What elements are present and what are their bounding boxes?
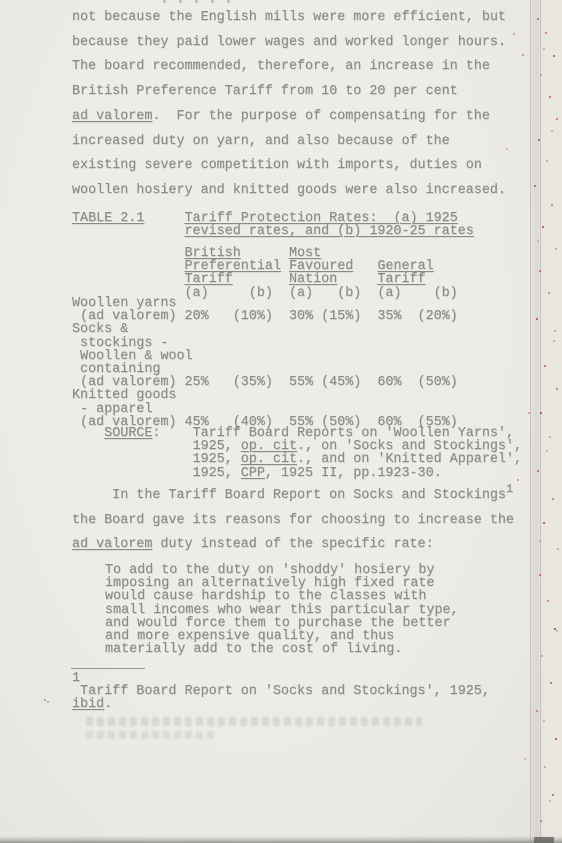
footnote: 1 Tariff Board Report on 'Socks and Stoc… bbox=[72, 672, 490, 712]
footnote-marker: 1 bbox=[506, 482, 513, 496]
book-fore-edge bbox=[530, 0, 562, 843]
paragraph-2: In the Tariff Board Report on Socks and … bbox=[72, 483, 514, 558]
ink-smudge bbox=[44, 699, 46, 701]
bleed-through-text-line bbox=[86, 731, 216, 739]
underlined-text: ad valorem bbox=[72, 109, 152, 124]
doc-line: ibid. bbox=[72, 698, 490, 711]
doc-line: The board recommended, therefore, an inc… bbox=[72, 55, 506, 80]
text-segment: 1925, bbox=[72, 466, 241, 481]
bottom-corner-mark bbox=[534, 837, 554, 843]
doc-line: existing severe competition with imports… bbox=[72, 154, 506, 179]
block-quote: To add to the duty on 'shoddy' hosiery b… bbox=[105, 564, 459, 656]
doc-line: materially add to the cost of living. bbox=[105, 643, 459, 656]
doc-line: because they paid lower wages and worked… bbox=[72, 31, 506, 56]
text-segment: woollen hosiery and knitted goods were a… bbox=[72, 183, 506, 198]
text-segment: Tariff Board Report on 'Socks and Stocki… bbox=[72, 684, 490, 699]
text-segment: not because the English mills were more … bbox=[72, 10, 506, 25]
underlined-text: revised rates, and (b) 1920-25 rates bbox=[185, 224, 474, 239]
text-segment bbox=[72, 224, 185, 239]
doc-line: (ad valorem) 20% (10%) 30% (15%) 35% (20… bbox=[72, 310, 458, 323]
bleed-through-text-line bbox=[86, 717, 422, 726]
text-segment: The board recommended, therefore, an inc… bbox=[72, 59, 490, 74]
table-source-note: SOURCE: Tariff Board Reports on 'Woollen… bbox=[72, 427, 522, 480]
underlined-text: ad valorem bbox=[72, 537, 152, 552]
text-segment: In the Tariff Board Report on Socks and … bbox=[72, 488, 506, 503]
scanned-book-page: not because the English mills were more … bbox=[0, 0, 562, 843]
text-segment: increased duty on yarn, and also because… bbox=[72, 134, 450, 149]
text-segment: (ad valorem) 20% (10%) 30% (15%) 35% (20… bbox=[72, 309, 458, 324]
text-segment: duty instead of the specific rate: bbox=[152, 537, 433, 552]
doc-line: British Preference Tariff from 10 to 20 … bbox=[72, 80, 506, 105]
edge-gray-speckles bbox=[531, 0, 533, 2]
table-column-headers: British Most Preferential Favoured Gener… bbox=[72, 247, 458, 300]
text-segment: materially add to the cost of living. bbox=[105, 642, 402, 657]
footnote-rule bbox=[71, 668, 145, 669]
doc-line: not because the English mills were more … bbox=[72, 6, 506, 31]
text-segment: British Preference Tariff from 10 to 20 … bbox=[72, 84, 458, 99]
doc-line: Tariff Board Report on 'Socks and Stocki… bbox=[72, 685, 490, 698]
text-segment: the Board gave its reasons for choosing … bbox=[72, 513, 514, 528]
page-bottom-shadow bbox=[0, 836, 562, 843]
doc-line: ad valorem duty instead of the specific … bbox=[72, 533, 514, 558]
doc-line: In the Tariff Board Report on Socks and … bbox=[72, 483, 514, 509]
doc-line: the Board gave its reasons for choosing … bbox=[72, 509, 514, 534]
text-segment: existing severe competition with imports… bbox=[72, 158, 482, 173]
text-segment: . bbox=[104, 697, 112, 712]
doc-line: increased duty on yarn, and also because… bbox=[72, 130, 506, 155]
doc-line: revised rates, and (b) 1920-25 rates bbox=[72, 225, 474, 238]
paper-speckles bbox=[0, 0, 2, 2]
doc-line: 1925, CPP, 1925 II, pp.1923-30. bbox=[72, 467, 522, 480]
underlined-text: ibid bbox=[72, 697, 104, 712]
text-segment: because they paid lower wages and worked… bbox=[72, 35, 506, 50]
cut-off-line-fragment bbox=[163, 0, 241, 3]
page-edge-line bbox=[540, 0, 541, 843]
text-segment: . For the purpose of compensating for th… bbox=[152, 109, 490, 124]
table-rows: Woollen yarns (ad valorem) 20% (10%) 30%… bbox=[72, 297, 458, 429]
text-segment: , 1925 II, pp.1923-30. bbox=[265, 466, 442, 481]
underlined-text: CPP bbox=[241, 466, 265, 481]
paragraph-1: not because the English mills were more … bbox=[72, 6, 506, 204]
table-caption: TABLE 2.1 Tariff Protection Rates: (a) 1… bbox=[72, 212, 474, 238]
doc-line: ad valorem. For the purpose of compensat… bbox=[72, 105, 506, 130]
doc-line: woollen hosiery and knitted goods were a… bbox=[72, 179, 506, 204]
